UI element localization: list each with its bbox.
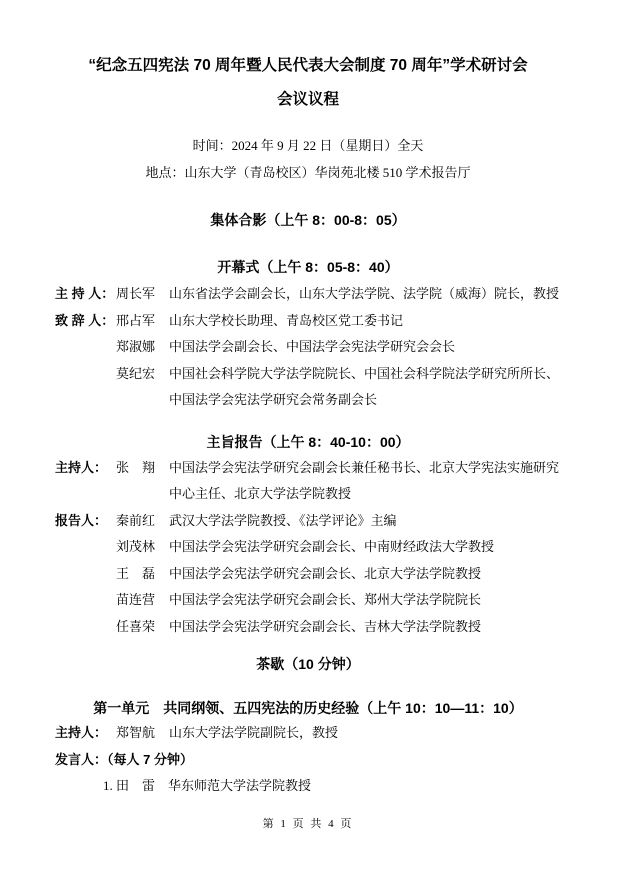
role-label [55, 587, 116, 614]
person-desc: 山东大学校长助理、青岛校区党工委书记 [169, 308, 561, 335]
person-name: 刘茂林 [116, 534, 169, 561]
role-label [55, 561, 116, 588]
role-label: 主持人： [55, 720, 116, 747]
agenda-row: 任喜荣 中国法学会宪法学研究会副会长、吉林大学法学院教授 [55, 614, 561, 641]
role-label: 主 持 人： [55, 281, 116, 308]
meta-location: 地点：山东大学（青岛校区）华岗苑北楼 510 学术报告厅 [55, 164, 561, 182]
person-desc: 中国法学会宪法学研究会副会长、中南财经政法大学教授 [169, 534, 561, 561]
opening-rows: 主 持 人： 周长军 山东省法学会副会长，山东大学法学院、法学院（威海）院长，教… [55, 281, 561, 414]
agenda-row: 主持人： 张 翔 中国法学会宪法学研究会副会长兼任秘书长、北京大学宪法实施研究中… [55, 455, 561, 508]
person-name: 邢占军 [116, 308, 169, 335]
person-name: 周长军 [116, 281, 169, 308]
person-desc: 山东大学法学院副院长，教授 [169, 720, 561, 747]
agenda-subtitle: 会议议程 [55, 89, 561, 111]
conference-title: “纪念五四宪法 70 周年暨人民代表大会制度 70 周年”学术研讨会 [55, 55, 561, 77]
section-heading-group-photo: 集体合影（上午 8：00-8：05） [55, 210, 561, 230]
document-page: “纪念五四宪法 70 周年暨人民代表大会制度 70 周年”学术研讨会 会议议程 … [0, 0, 619, 881]
agenda-row: 主持人： 郑智航 山东大学法学院副院长，教授 [55, 720, 561, 747]
agenda-row: 主 持 人： 周长军 山东省法学会副会长，山东大学法学院、法学院（威海）院长，教… [55, 281, 561, 308]
meta-time: 时间：2024 年 9 月 22 日（星期日）全天 [55, 137, 561, 155]
person-desc: 山东省法学会副会长，山东大学法学院、法学院（威海）院长，教授 [169, 281, 561, 308]
section-heading-unit1: 第一单元 共同纲领、五四宪法的历史经验（上午 10：10—11：10） [55, 698, 561, 718]
agenda-row: 郑淑娜 中国法学会副会长、中国法学会宪法学研究会会长 [55, 334, 561, 361]
person-desc: 中国法学会宪法学研究会副会长兼任秘书长、北京大学宪法实施研究中心主任、北京大学法… [169, 455, 561, 508]
person-name: 张 翔 [116, 455, 169, 508]
person-desc: 中国法学会宪法学研究会副会长、吉林大学法学院教授 [169, 614, 561, 641]
unit1-rows: 主持人： 郑智航 山东大学法学院副院长，教授 发言人：（每人 7 分钟） 1. … [55, 720, 561, 800]
section-heading-opening-ceremony: 开幕式（上午 8：05-8：40） [55, 257, 561, 277]
person-name: 秦前红 [116, 508, 169, 535]
role-label: 报告人： [55, 508, 116, 535]
agenda-row: 苗连营 中国法学会宪法学研究会副会长、郑州大学法学院院长 [55, 587, 561, 614]
agenda-row: 莫纪宏 中国社会科学院大学法学院院长、中国社会科学院法学研究所所长、中国法学会宪… [55, 361, 561, 414]
person-name: 王 磊 [116, 561, 169, 588]
person-name: 郑淑娜 [116, 334, 169, 361]
role-label [55, 361, 116, 414]
role-label: 致 辞 人： [55, 308, 116, 335]
role-label [55, 534, 116, 561]
person-name: 郑智航 [116, 720, 169, 747]
person-desc: 中国社会科学院大学法学院院长、中国社会科学院法学研究所所长、中国法学会宪法学研究… [169, 361, 561, 414]
person-desc: 中国法学会宪法学研究会副会长、郑州大学法学院院长 [169, 587, 561, 614]
agenda-row: 致 辞 人： 邢占军 山东大学校长助理、青岛校区党工委书记 [55, 308, 561, 335]
person-name: 任喜荣 [116, 614, 169, 641]
person-name: 苗连营 [116, 587, 169, 614]
agenda-row: 王 磊 中国法学会宪法学研究会副会长、北京大学法学院教授 [55, 561, 561, 588]
section-heading-keynote: 主旨报告（上午 8：40-10：00） [55, 432, 561, 452]
person-desc: 中国法学会副会长、中国法学会宪法学研究会会长 [169, 334, 561, 361]
role-label [55, 334, 116, 361]
agenda-row: 刘茂林 中国法学会宪法学研究会副会长、中南财经政法大学教授 [55, 534, 561, 561]
page-footer: 第 1 页 共 4 页 [55, 816, 561, 832]
section-heading-tea-break: 茶歇（10 分钟） [55, 654, 561, 674]
keynote-rows: 主持人： 张 翔 中国法学会宪法学研究会副会长兼任秘书长、北京大学宪法实施研究中… [55, 455, 561, 641]
speakers-label: 发言人：（每人 7 分钟） [55, 747, 561, 774]
role-label: 主持人： [55, 455, 116, 508]
person-desc: 武汉大学法学院教授、《法学评论》主编 [169, 508, 561, 535]
person-name: 莫纪宏 [116, 361, 169, 414]
person-desc: 中国法学会宪法学研究会副会长、北京大学法学院教授 [169, 561, 561, 588]
speaker-item: 1. 田 雷 华东师范大学法学院教授 [55, 773, 561, 800]
agenda-row: 报告人： 秦前红 武汉大学法学院教授、《法学评论》主编 [55, 508, 561, 535]
role-label [55, 614, 116, 641]
